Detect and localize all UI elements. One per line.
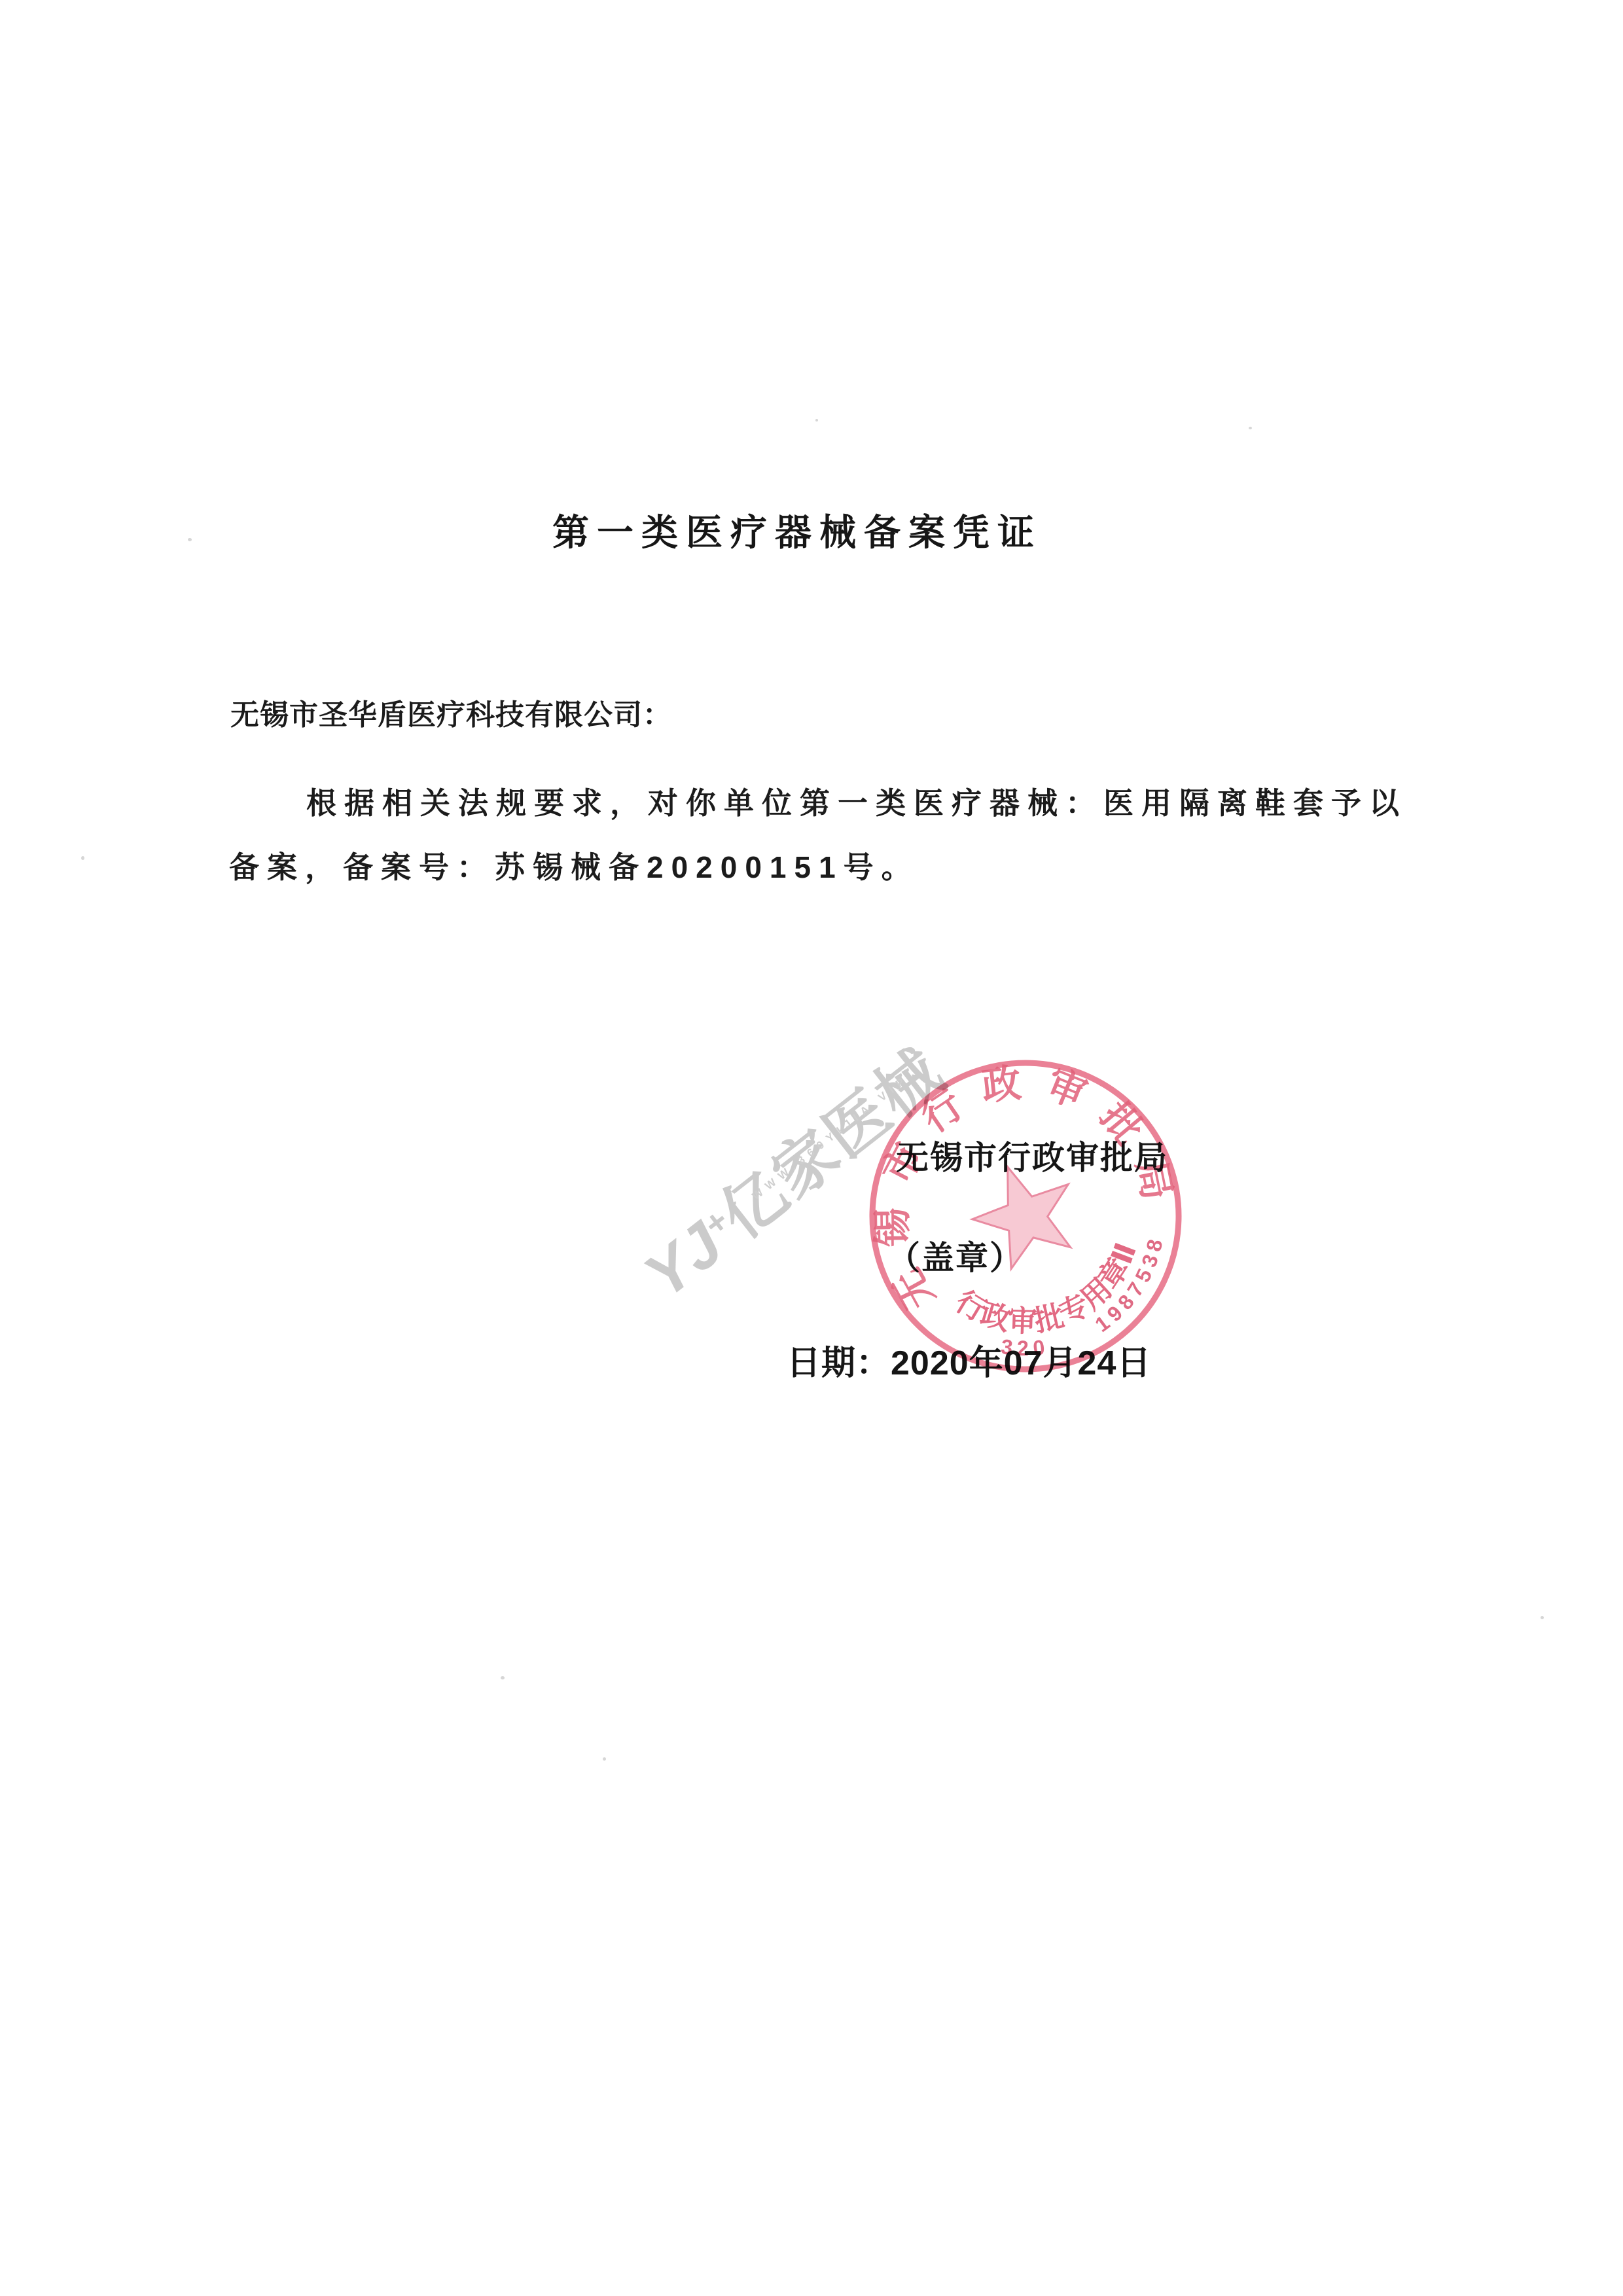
seal-star-icon — [959, 1149, 1088, 1276]
scan-speck — [1541, 1616, 1544, 1619]
scan-speck — [81, 856, 84, 860]
recipient-line: 无锡市圣华盾医疗科技有限公司： — [230, 691, 672, 733]
seal-artwork: 无锡市行政审批局 行政审批专用章Ⅱ 320 1987538 — [849, 1039, 1202, 1393]
body-text-line-2: 备案，备案号：苏锡械备20200151号。 — [229, 844, 919, 887]
body-text-line-1: 根据相关法规要求，对你单位第一类医疗器械：医用隔离鞋套予以 — [306, 780, 1407, 823]
certificate-page: YJ+亿家医械 WWW.360YIJIA.VIP 第一类医疗器械备案凭证 无锡市… — [0, 0, 1623, 2296]
scan-speck — [603, 1757, 606, 1761]
scan-speck — [1249, 427, 1252, 429]
official-seal-stamp: 无锡市行政审批局 行政审批专用章Ⅱ 320 1987538 — [849, 1039, 1202, 1393]
page-title: 第一类医疗器械备案凭证 — [0, 504, 1609, 556]
scan-speck — [815, 419, 818, 422]
scan-speck — [501, 1676, 505, 1679]
